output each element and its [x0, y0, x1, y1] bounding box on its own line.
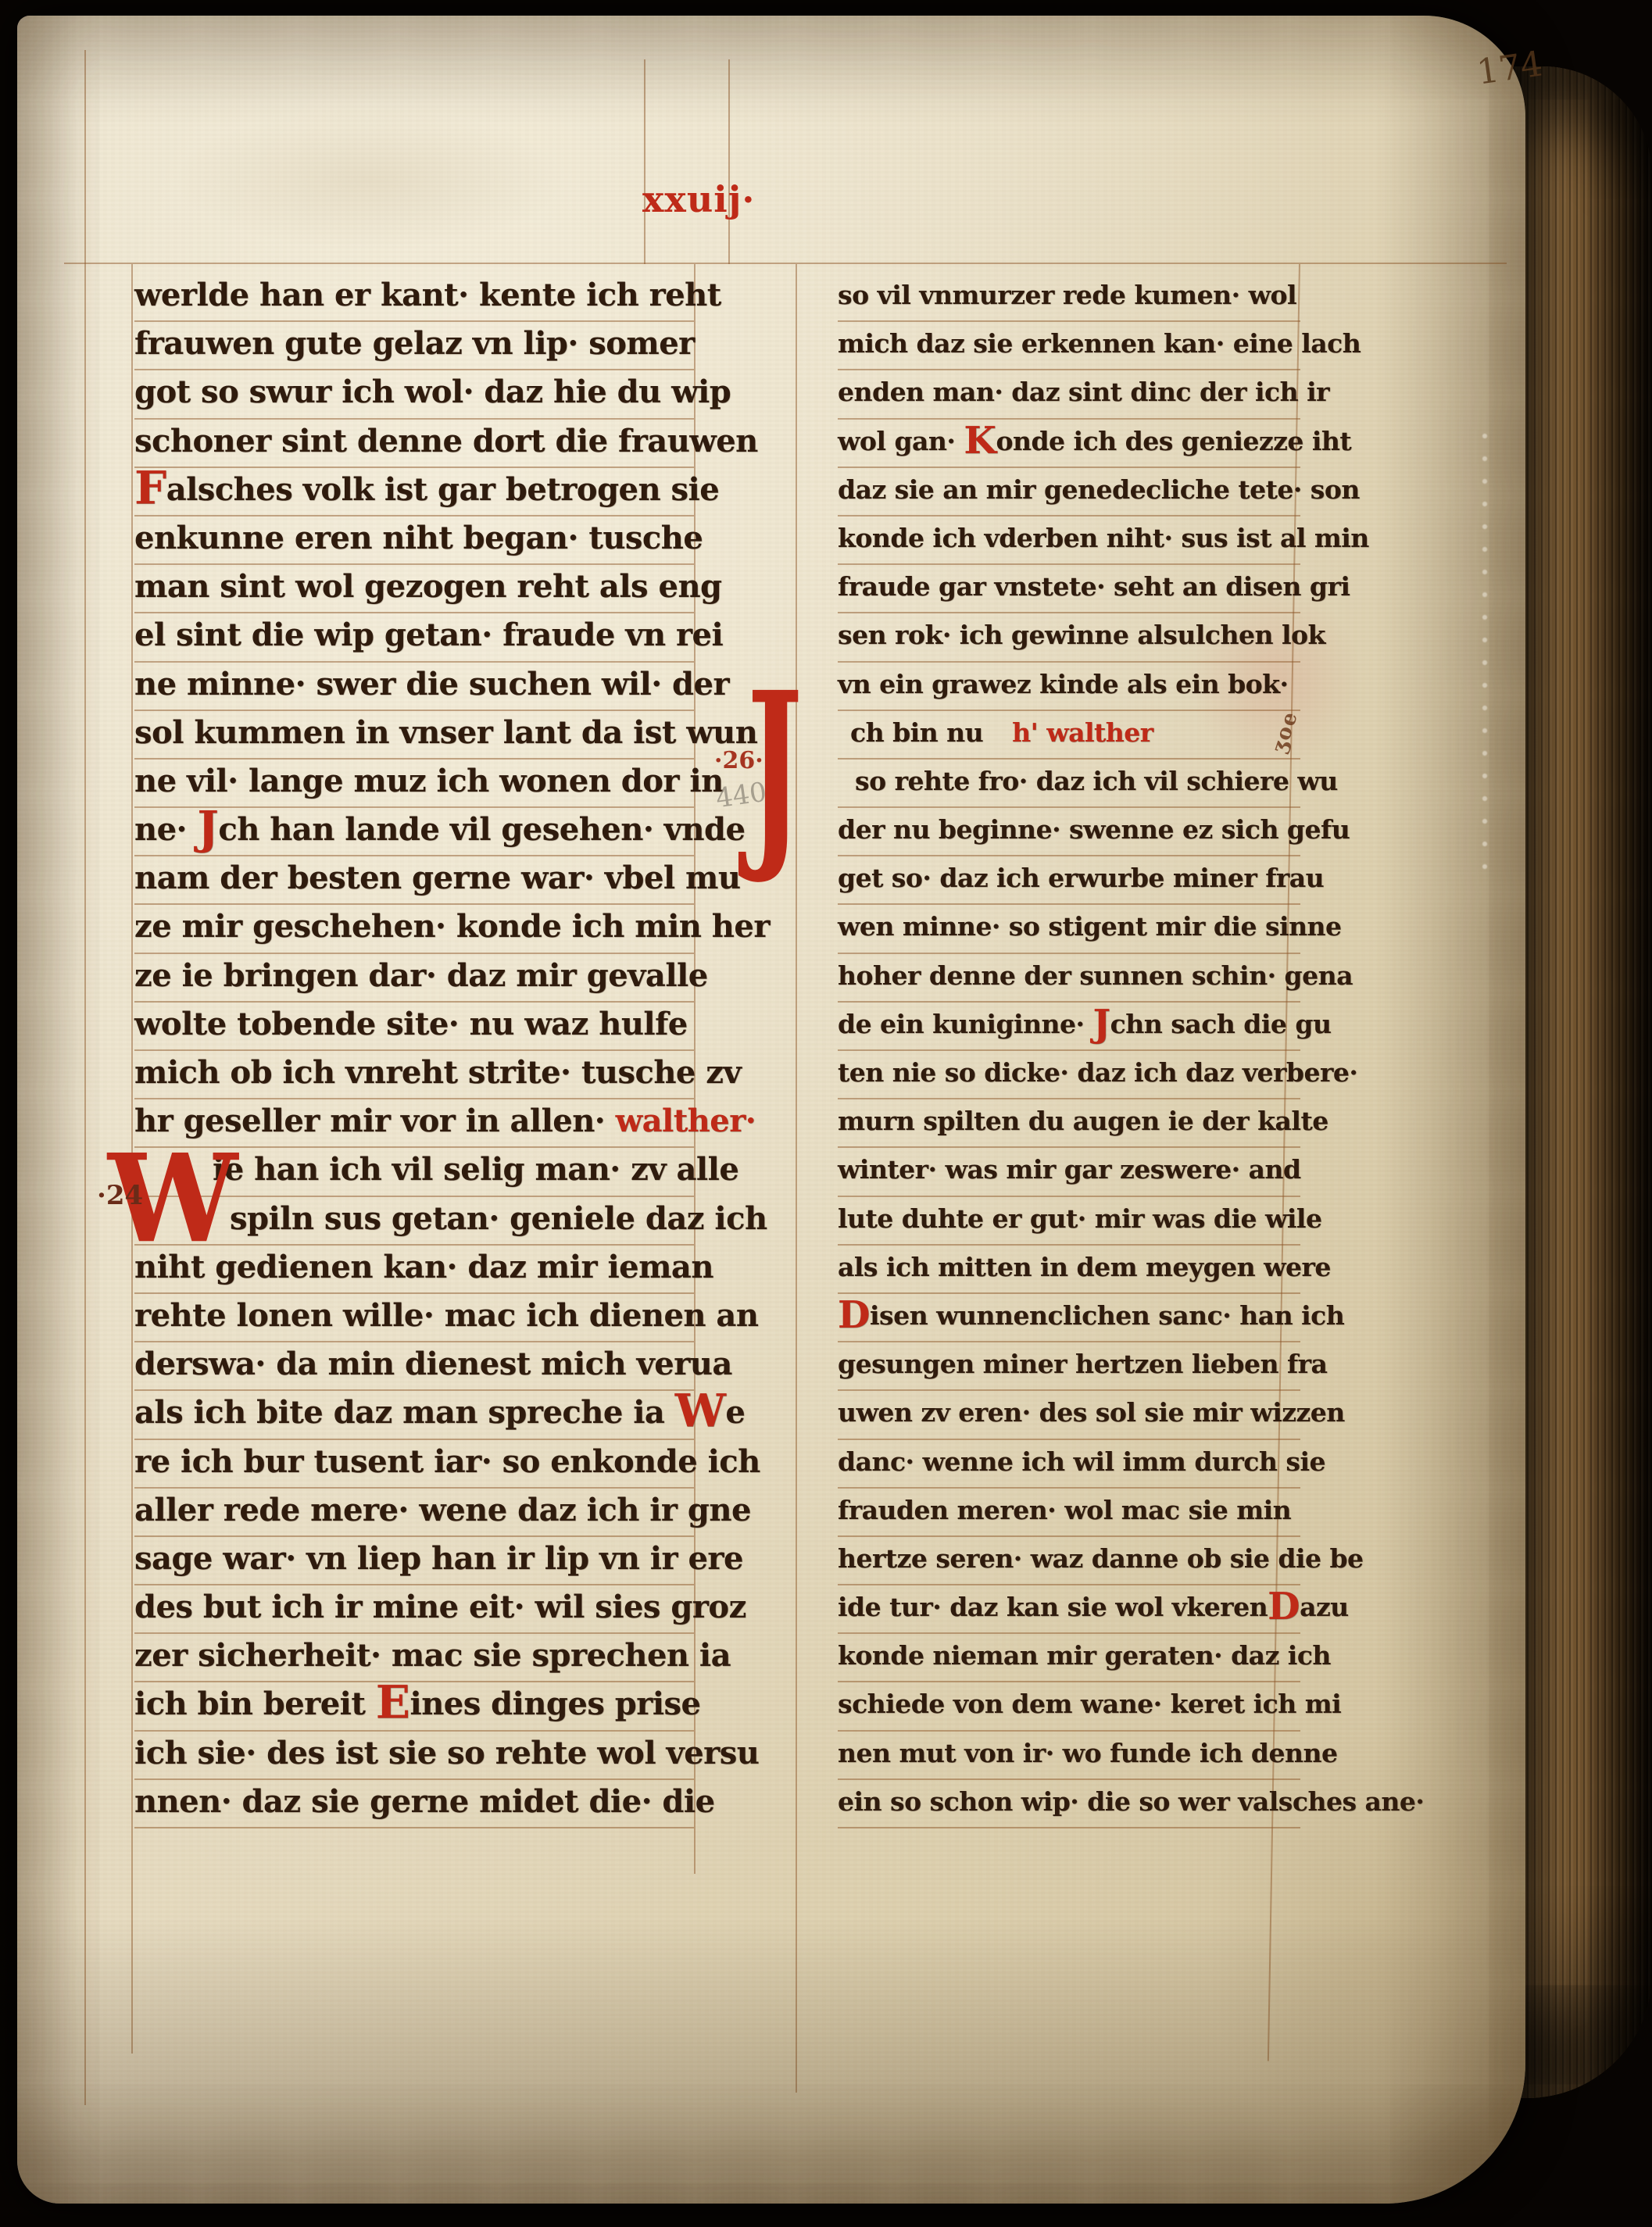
- ink-text: hoher denne der sunnen schin· gena: [838, 960, 1353, 991]
- ink-text: schoner sint denne dort die frauwen: [134, 423, 758, 459]
- manuscript-text-line: sol kummen in vnser lant da ist wun: [134, 711, 694, 760]
- manuscript-text-line: aller rede mere· wene daz ich ir gne: [134, 1489, 694, 1537]
- ink-text: hertze seren· waz danne ob sie die be: [838, 1543, 1364, 1574]
- ink-text: danc· wenne ich wil imm durch sie: [838, 1446, 1325, 1477]
- manuscript-text-line: vn ein grawez kinde als ein bok·: [838, 663, 1300, 711]
- ink-text: rehte lonen wille· mac ich dienen an: [134, 1297, 758, 1334]
- manuscript-text-line: ne minne· swer die suchen wil· der: [134, 663, 694, 711]
- manuscript-text-line: schoner sint denne dort die frauwen: [134, 420, 694, 468]
- ink-text: derswa· da min dienest mich verua: [134, 1346, 732, 1382]
- ink-text: got so swur ich wol· daz hie du wip: [134, 374, 731, 410]
- ink-text: man sint wol gezogen reht als eng: [134, 568, 722, 605]
- manuscript-text-line: winter· was mir gar zeswere· and: [838, 1148, 1300, 1196]
- manuscript-text-line: gesungen miner hertzen lieben fra: [838, 1342, 1300, 1391]
- ink-text: daz sie an mir genedecliche tete· son: [838, 474, 1360, 505]
- manuscript-text-line: nam der besten gerne war· vbel mu: [134, 856, 694, 905]
- ink-text: ide tur· daz kan sie wol vkeren: [838, 1592, 1268, 1622]
- rubric-text: K: [964, 418, 996, 462]
- manuscript-text-line: ein so schon wip· die so wer valsches an…: [838, 1780, 1300, 1828]
- ink-text: el sint die wip getan· fraude vn rei: [134, 617, 723, 653]
- ink-text: nnen· daz sie gerne midet die· die: [134, 1783, 715, 1820]
- ink-text: ich sie· des ist sie so rehte wol versu: [134, 1735, 759, 1771]
- manuscript-text-line: el sint die wip getan· fraude vn rei: [134, 613, 694, 662]
- rubric-text: J: [197, 802, 218, 855]
- manuscript-text-line: fraude gar vnstete· seht an disen gri: [838, 565, 1300, 613]
- ink-text: des but ich ir mine eit· wil sies groz: [134, 1589, 746, 1625]
- manuscript-text-line: lute duhte er gut· mir was die wile: [838, 1197, 1300, 1246]
- ink-text: ne vil· lange muz ich wonen dor in: [134, 763, 724, 799]
- chapter-number-rubric: xxuij·: [642, 178, 755, 220]
- manuscript-page: 174 xxuij· werlde han er kant· kente ich…: [17, 16, 1525, 2204]
- ink-text: chn sach die gu: [1110, 1009, 1332, 1039]
- ink-text: frauden meren· wol mac sie min: [838, 1495, 1291, 1525]
- manuscript-text-line: so vil vnmurzer rede kumen· wol: [838, 273, 1300, 322]
- manuscript-text-line: ten nie so dicke· daz ich daz verbere·: [838, 1051, 1300, 1099]
- manuscript-text-line: konde nieman mir geraten· daz ich: [838, 1634, 1300, 1682]
- ink-text: mich ob ich vnreht strite· tusche zv: [134, 1054, 741, 1091]
- ink-text: mich daz sie erkennen kan· eine lach: [838, 328, 1361, 359]
- ink-text: aller rede mere· wene daz ich ir gne: [134, 1492, 751, 1528]
- ink-text: uwen zv eren· des sol sie mir wizzen: [838, 1397, 1345, 1428]
- manuscript-text-line: get so· daz ich erwurbe miner frau: [838, 856, 1300, 905]
- ink-text: als ich bite daz man spreche ia: [134, 1394, 675, 1431]
- ink-text: sage war· vn liep han ir lip vn ir ere: [134, 1540, 743, 1577]
- ink-text: so rehte fro· daz ich vil schiere wu: [855, 766, 1338, 796]
- manuscript-text-line: schiede von dem wane· keret ich mi: [838, 1682, 1300, 1731]
- manuscript-text-line: wolte tobende site· nu waz hulfe: [134, 1003, 694, 1051]
- ruling-line-vertical: [644, 59, 645, 264]
- manuscript-text-line: sen rok· ich gewinne alsulchen lok: [838, 613, 1300, 662]
- rubric-text: D: [838, 1293, 870, 1337]
- manuscript-text-line: danc· wenne ich wil imm durch sie: [838, 1440, 1300, 1489]
- manuscript-text-line: zer sicherheit· mac sie sprechen ia: [134, 1634, 694, 1682]
- manuscript-text-line: wol gan· Konde ich des geniezze iht: [838, 420, 1300, 468]
- manuscript-text-line: sage war· vn liep han ir lip vn ir ere: [134, 1537, 694, 1585]
- manuscript-text-line: derswa· da min dienest mich verua: [134, 1342, 694, 1391]
- manuscript-text-line: werlde han er kant· kente ich reht: [134, 273, 694, 322]
- rubric-text: J: [1093, 1002, 1110, 1046]
- rubric-text: h' walther: [1012, 717, 1153, 748]
- ink-text: ne·: [134, 811, 197, 848]
- ink-text: so vil vnmurzer rede kumen· wol: [838, 280, 1296, 310]
- manuscript-text-line: hoher denne der sunnen schin· gena: [838, 954, 1300, 1003]
- ink-text: als ich mitten in dem meygen were: [838, 1252, 1331, 1282]
- ink-text: werlde han er kant· kente ich reht: [134, 277, 721, 313]
- rubric-text: F: [134, 461, 166, 514]
- manuscript-text-line: rehte lonen wille· mac ich dienen an: [134, 1294, 694, 1342]
- manuscript-text-line: ch bin nu h' walther: [838, 711, 1300, 760]
- manuscript-text-line: enkunne eren niht began· tusche: [134, 517, 694, 565]
- pricking-holes: [1482, 433, 1488, 886]
- ink-text: ie han ich vil selig man· zv alle: [213, 1151, 738, 1188]
- manuscript-text-line: mich daz sie erkennen kan· eine lach: [838, 322, 1300, 370]
- ink-text: azu: [1300, 1592, 1349, 1622]
- rubric-text: walther·: [616, 1103, 756, 1139]
- ruling-line-vertical: [796, 264, 797, 2093]
- ink-text: ten nie so dicke· daz ich daz verbere·: [838, 1057, 1357, 1088]
- ink-text: ch bin nu: [850, 717, 992, 748]
- ink-text: nen mut von ir· wo funde ich denne: [838, 1738, 1338, 1768]
- ink-text: ines dinges prise: [410, 1685, 701, 1722]
- manuscript-text-line: hertze seren· waz danne ob sie die be: [838, 1537, 1300, 1585]
- ink-text: ze mir geschehen· konde ich min her: [134, 908, 770, 945]
- ink-text: sen rok· ich gewinne alsulchen lok: [838, 620, 1325, 650]
- ruling-line-vertical: [728, 59, 730, 264]
- manuscript-text-line: got so swur ich wol· daz hie du wip: [134, 370, 694, 419]
- ink-text: enkunne eren niht began· tusche: [134, 520, 703, 556]
- ink-text: ch han lande vil gesehen· vnde: [218, 811, 745, 848]
- manuscript-text-line: frauwen gute gelaz vn lip· somer: [134, 322, 694, 370]
- ink-text: get so· daz ich erwurbe miner frau: [838, 863, 1324, 893]
- ink-text: ein so schon wip· die so wer valsches an…: [838, 1786, 1424, 1817]
- manuscript-text-line: ich sie· des ist sie so rehte wol versu: [134, 1732, 694, 1780]
- ink-text: wen minne· so stigent mir die sinne: [838, 911, 1342, 942]
- ink-text: schiede von dem wane· keret ich mi: [838, 1689, 1341, 1719]
- manuscript-text-line: ich bin bereit Eines dinges prise: [134, 1682, 694, 1731]
- ink-text: ich bin bereit: [134, 1685, 376, 1722]
- gutter-stanza-number: ·26·: [714, 747, 763, 774]
- manuscript-text-line: Disen wunnenclichen sanc· han ich: [838, 1294, 1300, 1342]
- ink-text: ze ie bringen dar· daz mir gevalle: [134, 957, 708, 994]
- margin-stanza-number: ·24: [97, 1180, 143, 1211]
- manuscript-text-line: nnen· daz sie gerne midet die· die: [134, 1780, 694, 1828]
- ink-text: fraude gar vnstete· seht an disen gri: [838, 571, 1350, 602]
- manuscript-text-line: enden man· daz sint dinc der ich ir: [838, 370, 1300, 419]
- ink-text: e: [725, 1394, 745, 1431]
- ink-text: murn spilten du augen ie der kalte: [838, 1106, 1328, 1136]
- text-column-right: so vil vnmurzer rede kumen· wolmich daz …: [838, 273, 1300, 1828]
- manuscript-text-line: man sint wol gezogen reht als eng: [134, 565, 694, 613]
- ink-text: konde ich vderben niht· sus ist al min: [838, 523, 1369, 553]
- manuscript-text-line: als ich bite daz man spreche ia We: [134, 1391, 694, 1439]
- ink-text: alsches volk ist gar betrogen sie: [166, 471, 719, 508]
- ink-text: sol kummen in vnser lant da ist wun: [134, 714, 757, 751]
- manuscript-text-line: des but ich ir mine eit· wil sies groz: [134, 1585, 694, 1634]
- ruling-line-horizontal: [64, 263, 1507, 264]
- manuscript-text-line: de ein kuniginne· Jchn sach die gu: [838, 1003, 1300, 1051]
- manuscript-text-line: mich ob ich vnreht strite· tusche zv: [134, 1051, 694, 1099]
- manuscript-text-line: ide tur· daz kan sie wol vkerenDazu: [838, 1585, 1300, 1634]
- manuscript-text-line: wen minne· so stigent mir die sinne: [838, 905, 1300, 953]
- ink-text: der nu beginne· swenne ez sich gefu: [838, 814, 1350, 845]
- ink-text: spiln sus getan· geniele daz ich: [230, 1200, 767, 1237]
- manuscript-text-line: murn spilten du augen ie der kalte: [838, 1099, 1300, 1148]
- ink-text: de ein kuniginne·: [838, 1009, 1093, 1039]
- ink-text: onde ich des geniezze iht: [996, 426, 1351, 456]
- rubric-text: E: [376, 1676, 410, 1729]
- manuscript-text-line: uwen zv eren· des sol sie mir wizzen: [838, 1391, 1300, 1439]
- ink-text: nam der besten gerne war· vbel mu: [134, 860, 740, 896]
- manuscript-text-line: ne· Jch han lande vil gesehen· vnde: [134, 808, 694, 856]
- manuscript-text-line: Falsches volk ist gar betrogen sie: [134, 468, 694, 517]
- ink-text: winter· was mir gar zeswere· and: [838, 1154, 1301, 1185]
- ink-text: vn ein grawez kinde als ein bok·: [838, 669, 1289, 699]
- manuscript-text-line: ze ie bringen dar· daz mir gevalle: [134, 954, 694, 1003]
- manuscript-text-line: ne vil· lange muz ich wonen dor in: [134, 760, 694, 808]
- manuscript-text-line: daz sie an mir genedecliche tete· son: [838, 468, 1300, 517]
- ink-text: wol gan·: [838, 426, 964, 456]
- parchment-stain: [173, 109, 564, 250]
- manuscript-text-line: konde ich vderben niht· sus ist al min: [838, 517, 1300, 565]
- manuscript-text-line: so rehte fro· daz ich vil schiere wu: [838, 760, 1300, 808]
- manuscript-text-line: der nu beginne· swenne ez sich gefu: [838, 808, 1300, 856]
- rubric-text: D: [1268, 1585, 1300, 1628]
- ink-text: wolte tobende site· nu waz hulfe: [134, 1006, 688, 1042]
- ink-text: lute duhte er gut· mir was die wile: [838, 1203, 1321, 1234]
- manuscript-text-line: als ich mitten in dem meygen were: [838, 1246, 1300, 1294]
- text-column-left: werlde han er kant· kente ich rehtfrauwe…: [134, 273, 694, 1828]
- rubric-text: W: [675, 1385, 726, 1438]
- manuscript-text-line: re ich bur tusent iar· so enkonde ich: [134, 1440, 694, 1489]
- ink-text: enden man· daz sint dinc der ich ir: [838, 377, 1329, 407]
- ruling-line-vertical: [84, 50, 86, 2105]
- ink-text: konde nieman mir geraten· daz ich: [838, 1640, 1331, 1671]
- ink-text: isen wunnenclichen sanc· han ich: [870, 1300, 1344, 1331]
- ink-text: ne minne· swer die suchen wil· der: [134, 666, 729, 702]
- ink-text: re ich bur tusent iar· so enkonde ich: [134, 1443, 760, 1480]
- manuscript-text-line: frauden meren· wol mac sie min: [838, 1489, 1300, 1537]
- manuscript-text-line: ze mir geschehen· konde ich min her: [134, 905, 694, 953]
- ink-text: gesungen miner hertzen lieben fra: [838, 1349, 1327, 1379]
- ink-text: zer sicherheit· mac sie sprechen ia: [134, 1637, 731, 1674]
- manuscript-text-line: nen mut von ir· wo funde ich denne: [838, 1732, 1300, 1780]
- ink-text: frauwen gute gelaz vn lip· somer: [134, 325, 695, 362]
